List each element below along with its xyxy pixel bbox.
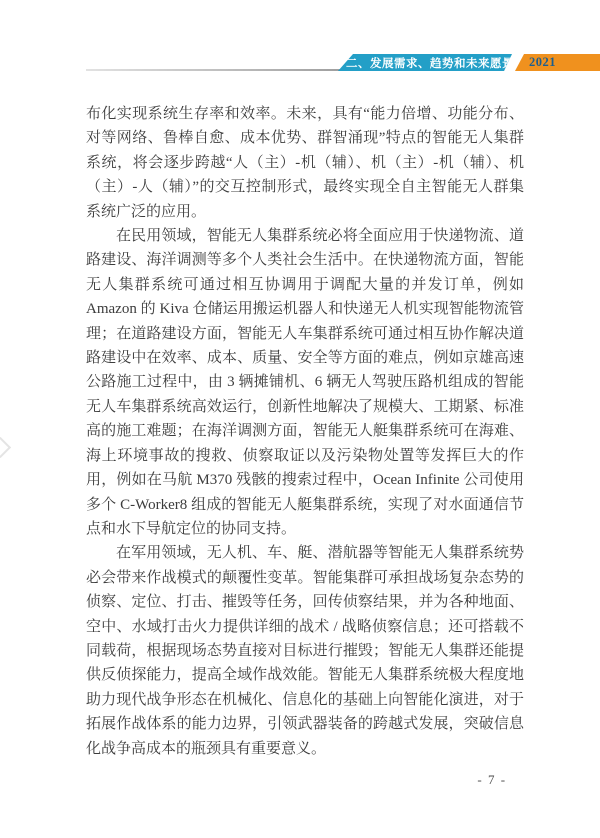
paragraph-continuation: 布化实现系统生存率和效率。未来，具有“能力倍增、功能分布、对等网络、鲁棒自愈、成… — [86, 102, 524, 224]
section-title: 二、发展需求、趋势和未来愿景 — [336, 55, 514, 71]
header-rule-line — [86, 69, 352, 71]
page-number: - 7 - — [452, 772, 532, 788]
document-page: 二、发展需求、趋势和未来愿景 2021 布化实现系统生存率和效率。未来，具有“能… — [0, 0, 600, 838]
section-header-banner: 二、发展需求、趋势和未来愿景 — [338, 54, 512, 71]
body-text: 布化实现系统生存率和效率。未来，具有“能力倍增、功能分布、对等网络、鲁棒自愈、成… — [86, 102, 524, 761]
year-badge: 2021 — [515, 55, 556, 70]
paragraph-military-domain: 在军用领域，无人机、车、艇、潜航器等智能无人集群系统势必会带来作战模式的颠覆性变… — [86, 541, 524, 761]
paragraph-civilian-domain: 在民用领域，智能无人集群系统必将全面应用于快递物流、道路建设、海洋调测等多个人类… — [86, 224, 524, 541]
chevron-right-icon — [0, 437, 11, 458]
year-banner: 2021 — [515, 54, 600, 71]
